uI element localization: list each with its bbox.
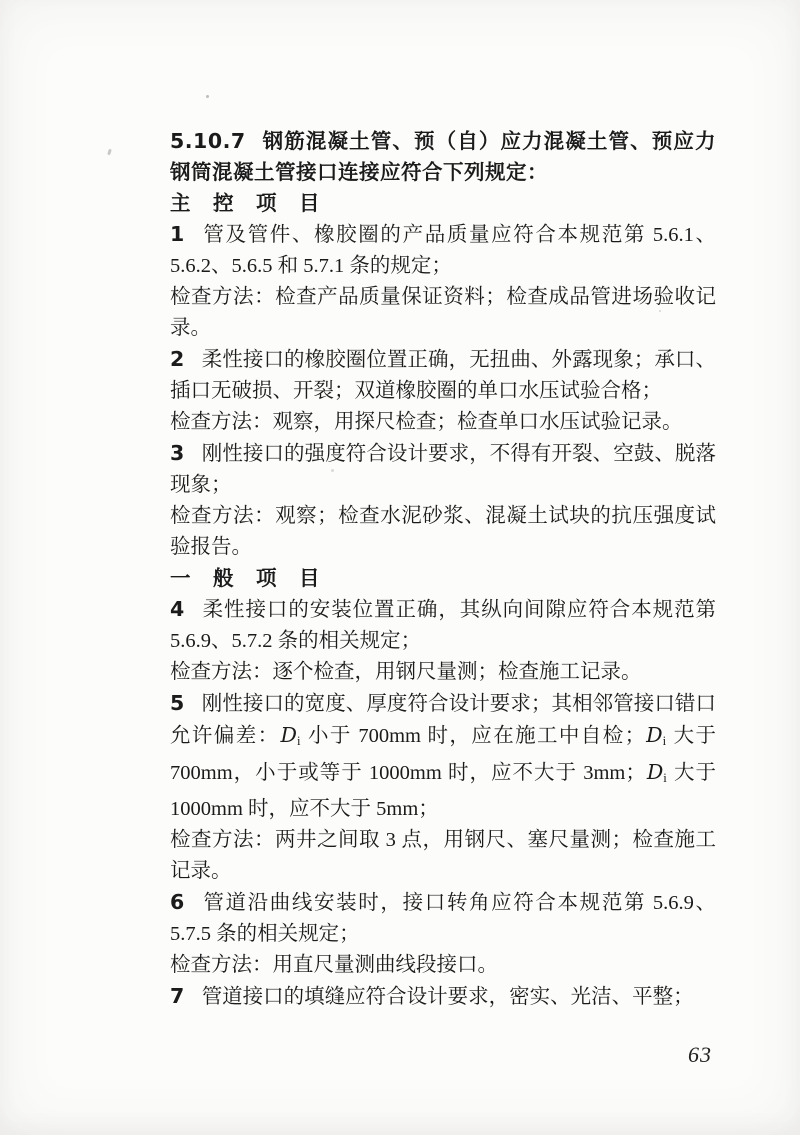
item-4-text: 柔性接口的安装位置正确，其纵向间隙应符合本规范第 5.6.9、5.7.2 条的相… bbox=[170, 599, 716, 652]
item-4: 4柔性接口的安装位置正确，其纵向间隙应符合本规范第 5.6.9、5.7.2 条的… bbox=[170, 594, 716, 657]
item-6-check-method: 检查方法：用直尺量测曲线段接口。 bbox=[170, 950, 716, 981]
item-2-check-method: 检查方法：观察，用探尺检查；检查单口水压试验记录。 bbox=[170, 407, 716, 438]
item-5-number: 5 bbox=[170, 691, 184, 715]
item-6-text: 管道沿曲线安装时，接口转角应符合本规范第 5.6.9、5.7.5 条的相关规定； bbox=[170, 892, 716, 945]
clause-number: 5.10.7 bbox=[170, 129, 246, 153]
section-heading-general: 一 般 项 目 bbox=[170, 563, 716, 594]
item-2-number: 2 bbox=[170, 347, 184, 371]
item-3-check-method: 检查方法：观察；检查水泥砂浆、混凝土试块的抗压强度试验报告。 bbox=[170, 501, 716, 563]
item-1-check-method: 检查方法：检查产品质量保证资料；检查成品管进场验收记录。 bbox=[170, 282, 716, 344]
item-5-text: 刚性接口的宽度、厚度符合设计要求；其相邻管接口错口允许偏差：Di 小于 700m… bbox=[170, 693, 716, 820]
document-body: 5.10.7钢筋混凝土管、预（自）应力混凝土管、预应力钢筒混凝土管接口连接应符合… bbox=[170, 126, 716, 1013]
item-6: 6管道沿曲线安装时，接口转角应符合本规范第 5.6.9、5.7.5 条的相关规定… bbox=[170, 887, 716, 950]
item-3-number: 3 bbox=[170, 441, 184, 465]
item-6-number: 6 bbox=[170, 890, 184, 914]
scan-speck bbox=[206, 95, 209, 98]
section-heading-master-control: 主 控 项 目 bbox=[170, 188, 716, 219]
item-7-number: 7 bbox=[170, 984, 184, 1008]
item-7: 7管道接口的填缝应符合设计要求，密实、光洁、平整； bbox=[170, 981, 716, 1013]
scanned-document-page: 5.10.7钢筋混凝土管、预（自）应力混凝土管、预应力钢筒混凝土管接口连接应符合… bbox=[0, 0, 800, 1135]
item-1-text: 管及管件、橡胶圈的产品质量应符合本规范第 5.6.1、5.6.2、5.6.5 和… bbox=[170, 224, 716, 277]
item-4-check-method: 检查方法：逐个检查，用钢尺量测；检查施工记录。 bbox=[170, 657, 716, 688]
item-4-number: 4 bbox=[170, 597, 184, 621]
item-1-number: 1 bbox=[170, 222, 184, 246]
clause-text: 钢筋混凝土管、预（自）应力混凝土管、预应力钢筒混凝土管接口连接应符合下列规定： bbox=[170, 129, 716, 184]
item-2-text: 柔性接口的橡胶圈位置正确，无扭曲、外露现象；承口、插口无破损、开裂；双道橡胶圈的… bbox=[170, 349, 716, 402]
item-1: 1管及管件、橡胶圈的产品质量应符合本规范第 5.6.1、5.6.2、5.6.5 … bbox=[170, 219, 716, 282]
item-5: 5刚性接口的宽度、厚度符合设计要求；其相邻管接口错口允许偏差：Di 小于 700… bbox=[170, 688, 716, 825]
clause-paragraph: 5.10.7钢筋混凝土管、预（自）应力混凝土管、预应力钢筒混凝土管接口连接应符合… bbox=[170, 126, 716, 188]
item-7-text: 管道接口的填缝应符合设计要求，密实、光洁、平整； bbox=[202, 986, 694, 1008]
page-number: 63 bbox=[688, 1042, 712, 1068]
scan-speck bbox=[107, 149, 112, 156]
item-5-check-method: 检查方法：两井之间取 3 点，用钢尺、塞尺量测；检查施工记录。 bbox=[170, 825, 716, 887]
item-3: 3刚性接口的强度符合设计要求，不得有开裂、空鼓、脱落现象； bbox=[170, 438, 716, 501]
item-3-text: 刚性接口的强度符合设计要求，不得有开裂、空鼓、脱落现象； bbox=[170, 443, 716, 496]
item-2: 2柔性接口的橡胶圈位置正确，无扭曲、外露现象；承口、插口无破损、开裂；双道橡胶圈… bbox=[170, 344, 716, 407]
